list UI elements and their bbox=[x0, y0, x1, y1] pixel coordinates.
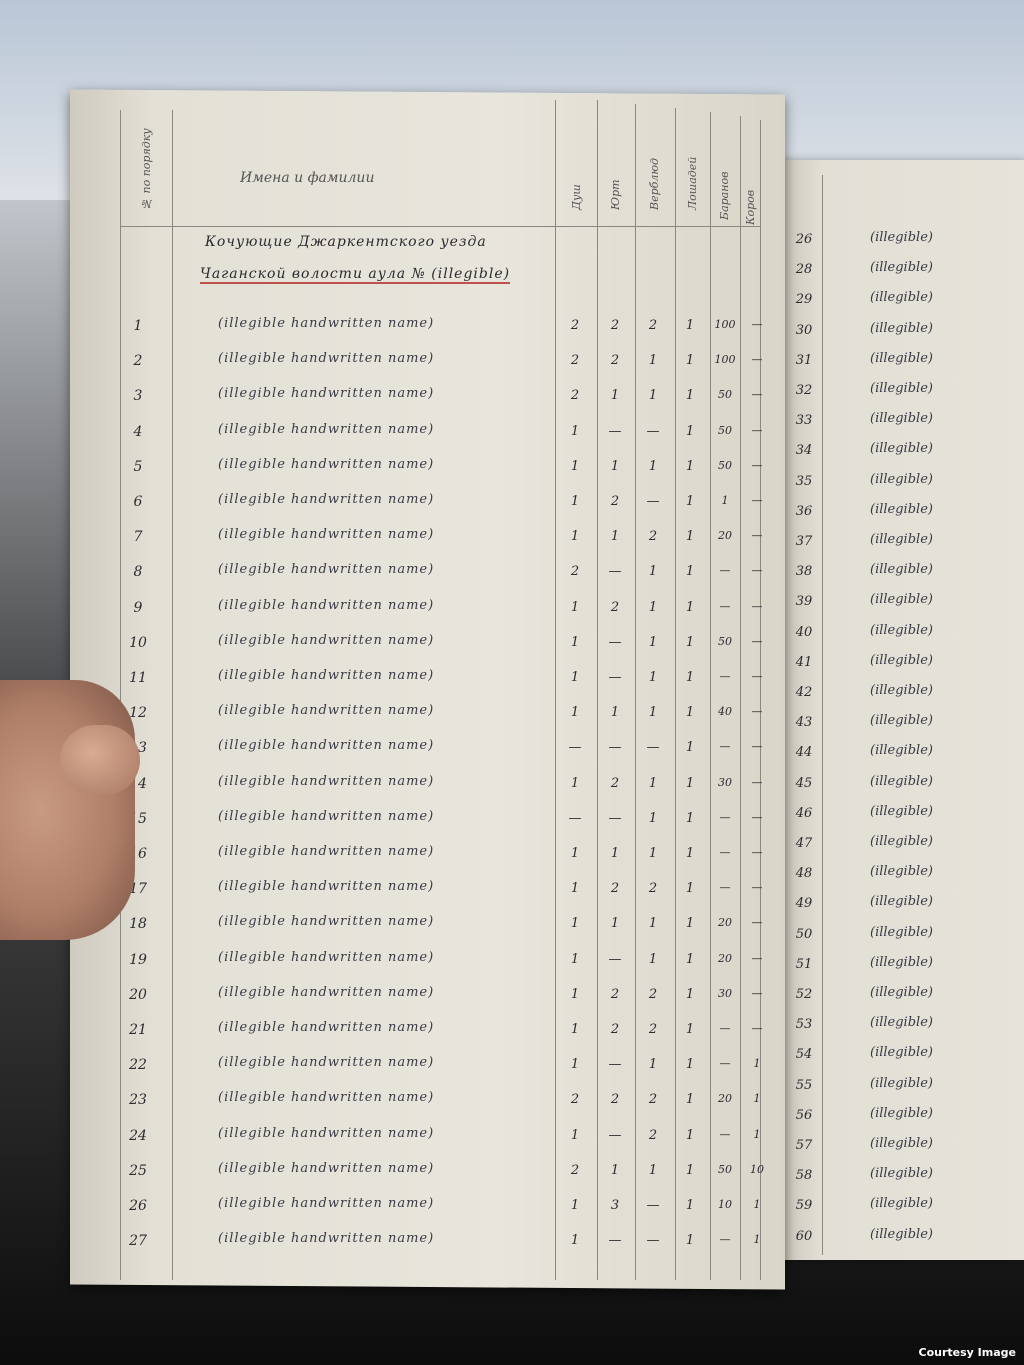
row-value: — bbox=[740, 846, 774, 859]
row-name: (illegible) bbox=[870, 774, 933, 789]
row-value: 1 bbox=[558, 424, 592, 439]
row-name: (illegible handwritten name) bbox=[218, 351, 434, 366]
row-value: 2 bbox=[558, 353, 592, 368]
row-name: (illegible handwritten name) bbox=[218, 1126, 434, 1141]
row-number: 40 bbox=[786, 625, 822, 640]
row-value: 1 bbox=[636, 916, 670, 931]
row-name: (illegible) bbox=[870, 1076, 933, 1091]
row-value: — bbox=[740, 459, 774, 472]
row-value: 50 bbox=[708, 635, 742, 648]
row-value: 50 bbox=[708, 424, 742, 437]
row-value: — bbox=[708, 881, 742, 894]
row-name: (illegible) bbox=[870, 653, 933, 668]
row-number: 22 bbox=[118, 1057, 158, 1073]
row-value: — bbox=[740, 987, 774, 1000]
row-number: 59 bbox=[786, 1198, 822, 1213]
row-name: (illegible) bbox=[870, 562, 933, 577]
row-value: 1 bbox=[673, 846, 707, 861]
row-value: 1 bbox=[636, 811, 670, 826]
row-name: (illegible) bbox=[870, 502, 933, 517]
row-value: 1 bbox=[598, 1163, 632, 1178]
row-number: 25 bbox=[118, 1163, 158, 1179]
row-value: 1 bbox=[558, 846, 592, 861]
row-name: (illegible) bbox=[870, 834, 933, 849]
row-value: 1 bbox=[740, 1057, 774, 1070]
row-name: (illegible handwritten name) bbox=[218, 774, 434, 789]
row-value: — bbox=[740, 564, 774, 577]
row-number: 19 bbox=[118, 952, 158, 968]
row-number: 55 bbox=[786, 1078, 822, 1093]
row-number: 49 bbox=[786, 896, 822, 911]
row-number: 2 bbox=[118, 353, 158, 369]
row-value: 1 bbox=[673, 494, 707, 509]
row-name: (illegible) bbox=[870, 894, 933, 909]
row-value: 1 bbox=[636, 635, 670, 650]
row-value: 1 bbox=[673, 705, 707, 720]
row-value: 2 bbox=[558, 388, 592, 403]
row-value: — bbox=[740, 916, 774, 929]
row-name: (illegible handwritten name) bbox=[218, 1020, 434, 1035]
row-value: 3 bbox=[598, 1198, 632, 1213]
row-number: 3 bbox=[118, 388, 158, 404]
row-value: — bbox=[598, 740, 632, 755]
row-value: 1 bbox=[673, 529, 707, 544]
row-value: 1 bbox=[558, 1057, 592, 1072]
row-value: — bbox=[740, 811, 774, 824]
row-number: 21 bbox=[118, 1022, 158, 1038]
row-value: 1 bbox=[673, 459, 707, 474]
row-value: 100 bbox=[708, 318, 742, 331]
row-value: — bbox=[740, 424, 774, 437]
row-name: (illegible) bbox=[870, 1015, 933, 1030]
row-name: (illegible) bbox=[870, 1227, 933, 1242]
row-name: (illegible handwritten name) bbox=[218, 1055, 434, 1070]
row-value: 10 bbox=[708, 1198, 742, 1211]
row-value: — bbox=[740, 705, 774, 718]
row-value: 2 bbox=[598, 1092, 632, 1107]
row-name: (illegible) bbox=[870, 441, 933, 456]
row-value: — bbox=[598, 1057, 632, 1072]
row-value: 1 bbox=[636, 952, 670, 967]
row-value: — bbox=[558, 740, 592, 755]
row-value: 1 bbox=[636, 846, 670, 861]
row-number: 30 bbox=[786, 323, 822, 338]
row-value: 2 bbox=[558, 564, 592, 579]
row-value: 30 bbox=[708, 776, 742, 789]
row-value: 1 bbox=[558, 776, 592, 791]
row-value: — bbox=[636, 494, 670, 509]
row-value: — bbox=[740, 353, 774, 366]
column-header-cows: Коров bbox=[744, 155, 757, 225]
row-name: (illegible handwritten name) bbox=[218, 527, 434, 542]
row-value: 1 bbox=[558, 916, 592, 931]
row-value: 30 bbox=[708, 987, 742, 1000]
row-value: — bbox=[708, 740, 742, 753]
row-value: 2 bbox=[636, 881, 670, 896]
row-value: — bbox=[740, 1022, 774, 1035]
row-value: 1 bbox=[558, 952, 592, 967]
row-name: (illegible) bbox=[870, 1196, 933, 1211]
row-name: (illegible handwritten name) bbox=[218, 457, 434, 472]
row-value: — bbox=[740, 529, 774, 542]
row-number: 26 bbox=[118, 1198, 158, 1214]
row-value: 1 bbox=[673, 564, 707, 579]
row-name: (illegible handwritten name) bbox=[218, 598, 434, 613]
row-name: (illegible) bbox=[870, 804, 933, 819]
row-value: — bbox=[708, 811, 742, 824]
row-name: (illegible handwritten name) bbox=[218, 316, 434, 331]
row-value: — bbox=[740, 600, 774, 613]
row-value: 50 bbox=[708, 388, 742, 401]
row-number: 8 bbox=[118, 564, 158, 580]
row-number: 38 bbox=[786, 564, 822, 579]
row-name: (illegible) bbox=[870, 683, 933, 698]
number-column-header: № по порядку bbox=[140, 110, 153, 210]
column-header-souls: Душ bbox=[570, 140, 583, 210]
section-title-line2: Чаганской волости аула № (illegible) bbox=[200, 266, 510, 282]
row-name: (illegible) bbox=[870, 411, 933, 426]
row-value: 1 bbox=[636, 705, 670, 720]
row-value: 2 bbox=[558, 1163, 592, 1178]
row-value: 1 bbox=[673, 740, 707, 755]
row-value: 2 bbox=[636, 1022, 670, 1037]
row-value: 1 bbox=[558, 1233, 592, 1248]
row-value: 1 bbox=[558, 705, 592, 720]
name-column-header: Имена и фамилии bbox=[240, 170, 374, 186]
row-value: 1 bbox=[636, 564, 670, 579]
row-name: (illegible) bbox=[870, 381, 933, 396]
row-value: 1 bbox=[673, 1163, 707, 1178]
row-number: 37 bbox=[786, 534, 822, 549]
row-name: (illegible) bbox=[870, 321, 933, 336]
row-name: (illegible) bbox=[870, 230, 933, 245]
row-value: 2 bbox=[598, 776, 632, 791]
row-value: — bbox=[598, 952, 632, 967]
row-value: 2 bbox=[558, 1092, 592, 1107]
row-number: 44 bbox=[786, 745, 822, 760]
row-value: 1 bbox=[740, 1198, 774, 1211]
photo-credit: Courtesy Image bbox=[919, 1346, 1016, 1359]
row-number: 9 bbox=[118, 600, 158, 616]
row-name: (illegible handwritten name) bbox=[218, 703, 434, 718]
row-value: 1 bbox=[673, 670, 707, 685]
row-name: (illegible handwritten name) bbox=[218, 1231, 434, 1246]
row-name: (illegible) bbox=[870, 985, 933, 1000]
row-value: — bbox=[636, 1198, 670, 1213]
row-value: 40 bbox=[708, 705, 742, 718]
row-value: 1 bbox=[558, 881, 592, 896]
row-number: 7 bbox=[118, 529, 158, 545]
column-header-yurts: Юрт bbox=[609, 130, 622, 210]
row-number: 54 bbox=[786, 1047, 822, 1062]
row-value: 50 bbox=[708, 1163, 742, 1176]
row-value: — bbox=[598, 635, 632, 650]
row-value: — bbox=[598, 811, 632, 826]
row-name: (illegible handwritten name) bbox=[218, 809, 434, 824]
row-value: 100 bbox=[708, 353, 742, 366]
row-value: 1 bbox=[558, 459, 592, 474]
row-value: 1 bbox=[673, 811, 707, 826]
row-name: (illegible) bbox=[870, 955, 933, 970]
row-value: 1 bbox=[740, 1128, 774, 1141]
row-value: 20 bbox=[708, 952, 742, 965]
row-value: — bbox=[740, 776, 774, 789]
row-number: 31 bbox=[786, 353, 822, 368]
row-value: — bbox=[740, 952, 774, 965]
row-value: 2 bbox=[636, 1092, 670, 1107]
row-value: — bbox=[558, 811, 592, 826]
row-number: 36 bbox=[786, 504, 822, 519]
row-number: 56 bbox=[786, 1108, 822, 1123]
row-value: 1 bbox=[558, 600, 592, 615]
name-column-line bbox=[555, 100, 556, 1280]
row-value: — bbox=[708, 1233, 742, 1246]
row-value: — bbox=[708, 1057, 742, 1070]
row-value: 2 bbox=[636, 987, 670, 1002]
row-value: — bbox=[598, 1233, 632, 1248]
row-name: (illegible) bbox=[870, 623, 933, 638]
row-name: (illegible handwritten name) bbox=[218, 879, 434, 894]
row-name: (illegible handwritten name) bbox=[218, 492, 434, 507]
row-name: (illegible) bbox=[870, 1106, 933, 1121]
row-value: 1 bbox=[558, 987, 592, 1002]
row-number: 23 bbox=[118, 1092, 158, 1108]
row-name: (illegible handwritten name) bbox=[218, 1196, 434, 1211]
row-name: (illegible) bbox=[870, 925, 933, 940]
row-value: — bbox=[740, 494, 774, 507]
row-number: 34 bbox=[786, 443, 822, 458]
row-number: 5 bbox=[118, 459, 158, 475]
row-value: 1 bbox=[636, 776, 670, 791]
row-value: 2 bbox=[636, 318, 670, 333]
column-header-sheep: Баранов bbox=[718, 150, 731, 220]
row-value: 1 bbox=[673, 388, 707, 403]
row-value: 1 bbox=[673, 635, 707, 650]
row-value: 1 bbox=[558, 1022, 592, 1037]
row-number: 28 bbox=[786, 262, 822, 277]
row-value: 2 bbox=[598, 987, 632, 1002]
row-name: (illegible) bbox=[870, 532, 933, 547]
row-name: (illegible handwritten name) bbox=[218, 844, 434, 859]
row-value: 1 bbox=[673, 776, 707, 791]
row-number: 42 bbox=[786, 685, 822, 700]
row-value: 1 bbox=[636, 1163, 670, 1178]
row-value: — bbox=[598, 424, 632, 439]
section-title-text: Чаганской волости аула № (illegible) bbox=[200, 266, 510, 284]
row-number: 6 bbox=[118, 494, 158, 510]
row-value: 1 bbox=[673, 1057, 707, 1072]
column-header-horses: Лошадей bbox=[686, 140, 699, 210]
row-name: (illegible handwritten name) bbox=[218, 386, 434, 401]
row-name: (illegible) bbox=[870, 1136, 933, 1151]
row-value: 1 bbox=[673, 1092, 707, 1107]
row-number: 48 bbox=[786, 866, 822, 881]
section-title-line1: Кочующие Джаркентского уезда bbox=[205, 234, 487, 250]
row-value: 2 bbox=[598, 318, 632, 333]
row-name: (illegible) bbox=[870, 1045, 933, 1060]
row-value: — bbox=[740, 388, 774, 401]
row-number: 45 bbox=[786, 776, 822, 791]
row-number: 10 bbox=[118, 635, 158, 651]
header-divider bbox=[120, 226, 760, 227]
row-value: 20 bbox=[708, 529, 742, 542]
row-value: — bbox=[598, 564, 632, 579]
row-value: 1 bbox=[636, 459, 670, 474]
row-value: 1 bbox=[636, 388, 670, 403]
row-number: 11 bbox=[118, 670, 158, 686]
row-name: (illegible handwritten name) bbox=[218, 668, 434, 683]
row-value: — bbox=[708, 846, 742, 859]
row-value: — bbox=[708, 564, 742, 577]
row-value: 1 bbox=[598, 529, 632, 544]
row-value: — bbox=[708, 670, 742, 683]
row-value: 50 bbox=[708, 459, 742, 472]
row-name: (illegible handwritten name) bbox=[218, 738, 434, 753]
row-value: 2 bbox=[636, 529, 670, 544]
row-value: 1 bbox=[558, 635, 592, 650]
row-value: 1 bbox=[558, 529, 592, 544]
row-value: 1 bbox=[636, 670, 670, 685]
row-name: (illegible handwritten name) bbox=[218, 950, 434, 965]
row-value: — bbox=[598, 670, 632, 685]
column-header-camels: Верблюд bbox=[648, 140, 661, 210]
row-value: 1 bbox=[598, 705, 632, 720]
thumb bbox=[60, 725, 140, 795]
row-value: 1 bbox=[558, 670, 592, 685]
row-number: 29 bbox=[786, 292, 822, 307]
row-value: 2 bbox=[598, 494, 632, 509]
row-value: — bbox=[636, 424, 670, 439]
row-value: 1 bbox=[673, 318, 707, 333]
row-name: (illegible handwritten name) bbox=[218, 562, 434, 577]
row-value: 20 bbox=[708, 1092, 742, 1105]
row-number: 39 bbox=[786, 594, 822, 609]
row-name: (illegible) bbox=[870, 351, 933, 366]
row-name: (illegible) bbox=[870, 472, 933, 487]
row-number: 18 bbox=[118, 916, 158, 932]
row-name: (illegible) bbox=[870, 743, 933, 758]
row-name: (illegible handwritten name) bbox=[218, 985, 434, 1000]
row-value: 1 bbox=[673, 353, 707, 368]
row-value: 2 bbox=[598, 1022, 632, 1037]
row-value: 1 bbox=[598, 846, 632, 861]
row-number: 52 bbox=[786, 987, 822, 1002]
row-value: 1 bbox=[673, 987, 707, 1002]
row-value: 1 bbox=[673, 1128, 707, 1143]
row-name: (illegible) bbox=[870, 713, 933, 728]
row-number: 41 bbox=[786, 655, 822, 670]
row-value: 1 bbox=[673, 952, 707, 967]
row-number: 35 bbox=[786, 474, 822, 489]
row-value: — bbox=[708, 1022, 742, 1035]
row-value: 1 bbox=[558, 1198, 592, 1213]
row-value: 1 bbox=[673, 1022, 707, 1037]
row-value: 1 bbox=[673, 1198, 707, 1213]
row-value: — bbox=[636, 1233, 670, 1248]
row-value: — bbox=[740, 635, 774, 648]
row-value: 1 bbox=[598, 388, 632, 403]
col-line-5 bbox=[740, 116, 741, 1280]
row-value: 1 bbox=[558, 1128, 592, 1143]
row-number: 27 bbox=[118, 1233, 158, 1249]
row-value: 1 bbox=[708, 494, 742, 507]
row-number: 53 bbox=[786, 1017, 822, 1032]
row-number: 57 bbox=[786, 1138, 822, 1153]
holding-hand bbox=[0, 680, 135, 940]
row-number: 46 bbox=[786, 806, 822, 821]
row-value: 10 bbox=[740, 1163, 774, 1176]
row-value: 2 bbox=[598, 353, 632, 368]
row-value: 1 bbox=[740, 1092, 774, 1105]
row-value: 2 bbox=[598, 881, 632, 896]
row-value: 1 bbox=[636, 1057, 670, 1072]
row-number: 4 bbox=[118, 424, 158, 440]
row-value: 1 bbox=[673, 881, 707, 896]
row-value: 1 bbox=[673, 1233, 707, 1248]
row-number: 26 bbox=[786, 232, 822, 247]
row-value: 20 bbox=[708, 916, 742, 929]
row-number: 1 bbox=[118, 318, 158, 334]
col-line-6 bbox=[760, 120, 761, 1280]
row-value: — bbox=[598, 1128, 632, 1143]
row-value: 2 bbox=[598, 600, 632, 615]
row-number: 43 bbox=[786, 715, 822, 730]
row-number: 51 bbox=[786, 957, 822, 972]
row-name: (illegible) bbox=[870, 592, 933, 607]
row-number: 20 bbox=[118, 987, 158, 1003]
row-number: 50 bbox=[786, 927, 822, 942]
row-value: — bbox=[740, 740, 774, 753]
row-value: 2 bbox=[558, 318, 592, 333]
row-value: — bbox=[708, 1128, 742, 1141]
row-number: 58 bbox=[786, 1168, 822, 1183]
row-name: (illegible handwritten name) bbox=[218, 422, 434, 437]
row-value: 1 bbox=[673, 600, 707, 615]
row-value: — bbox=[740, 318, 774, 331]
row-value: 1 bbox=[673, 916, 707, 931]
row-value: 1 bbox=[636, 353, 670, 368]
number-column-line bbox=[172, 110, 173, 1280]
row-name: (illegible handwritten name) bbox=[218, 914, 434, 929]
row-name: (illegible) bbox=[870, 864, 933, 879]
row-value: — bbox=[740, 881, 774, 894]
row-number: 24 bbox=[118, 1128, 158, 1144]
row-number: 32 bbox=[786, 383, 822, 398]
row-name: (illegible) bbox=[870, 1166, 933, 1181]
row-value: — bbox=[636, 740, 670, 755]
row-number: 33 bbox=[786, 413, 822, 428]
row-value: 1 bbox=[598, 916, 632, 931]
row-value: 2 bbox=[636, 1128, 670, 1143]
row-number: 47 bbox=[786, 836, 822, 851]
row-name: (illegible handwritten name) bbox=[218, 1161, 434, 1176]
row-value: — bbox=[740, 670, 774, 683]
row-name: (illegible handwritten name) bbox=[218, 1090, 434, 1105]
row-value: — bbox=[708, 600, 742, 613]
row-value: 1 bbox=[558, 494, 592, 509]
row-name: (illegible) bbox=[870, 290, 933, 305]
row-value: 1 bbox=[598, 459, 632, 474]
row-number: 60 bbox=[786, 1229, 822, 1244]
row-value: 1 bbox=[740, 1233, 774, 1246]
row-name: (illegible) bbox=[870, 260, 933, 275]
row-name: (illegible handwritten name) bbox=[218, 633, 434, 648]
right-number-column-line bbox=[822, 175, 823, 1255]
row-value: 1 bbox=[636, 600, 670, 615]
row-value: 1 bbox=[673, 424, 707, 439]
